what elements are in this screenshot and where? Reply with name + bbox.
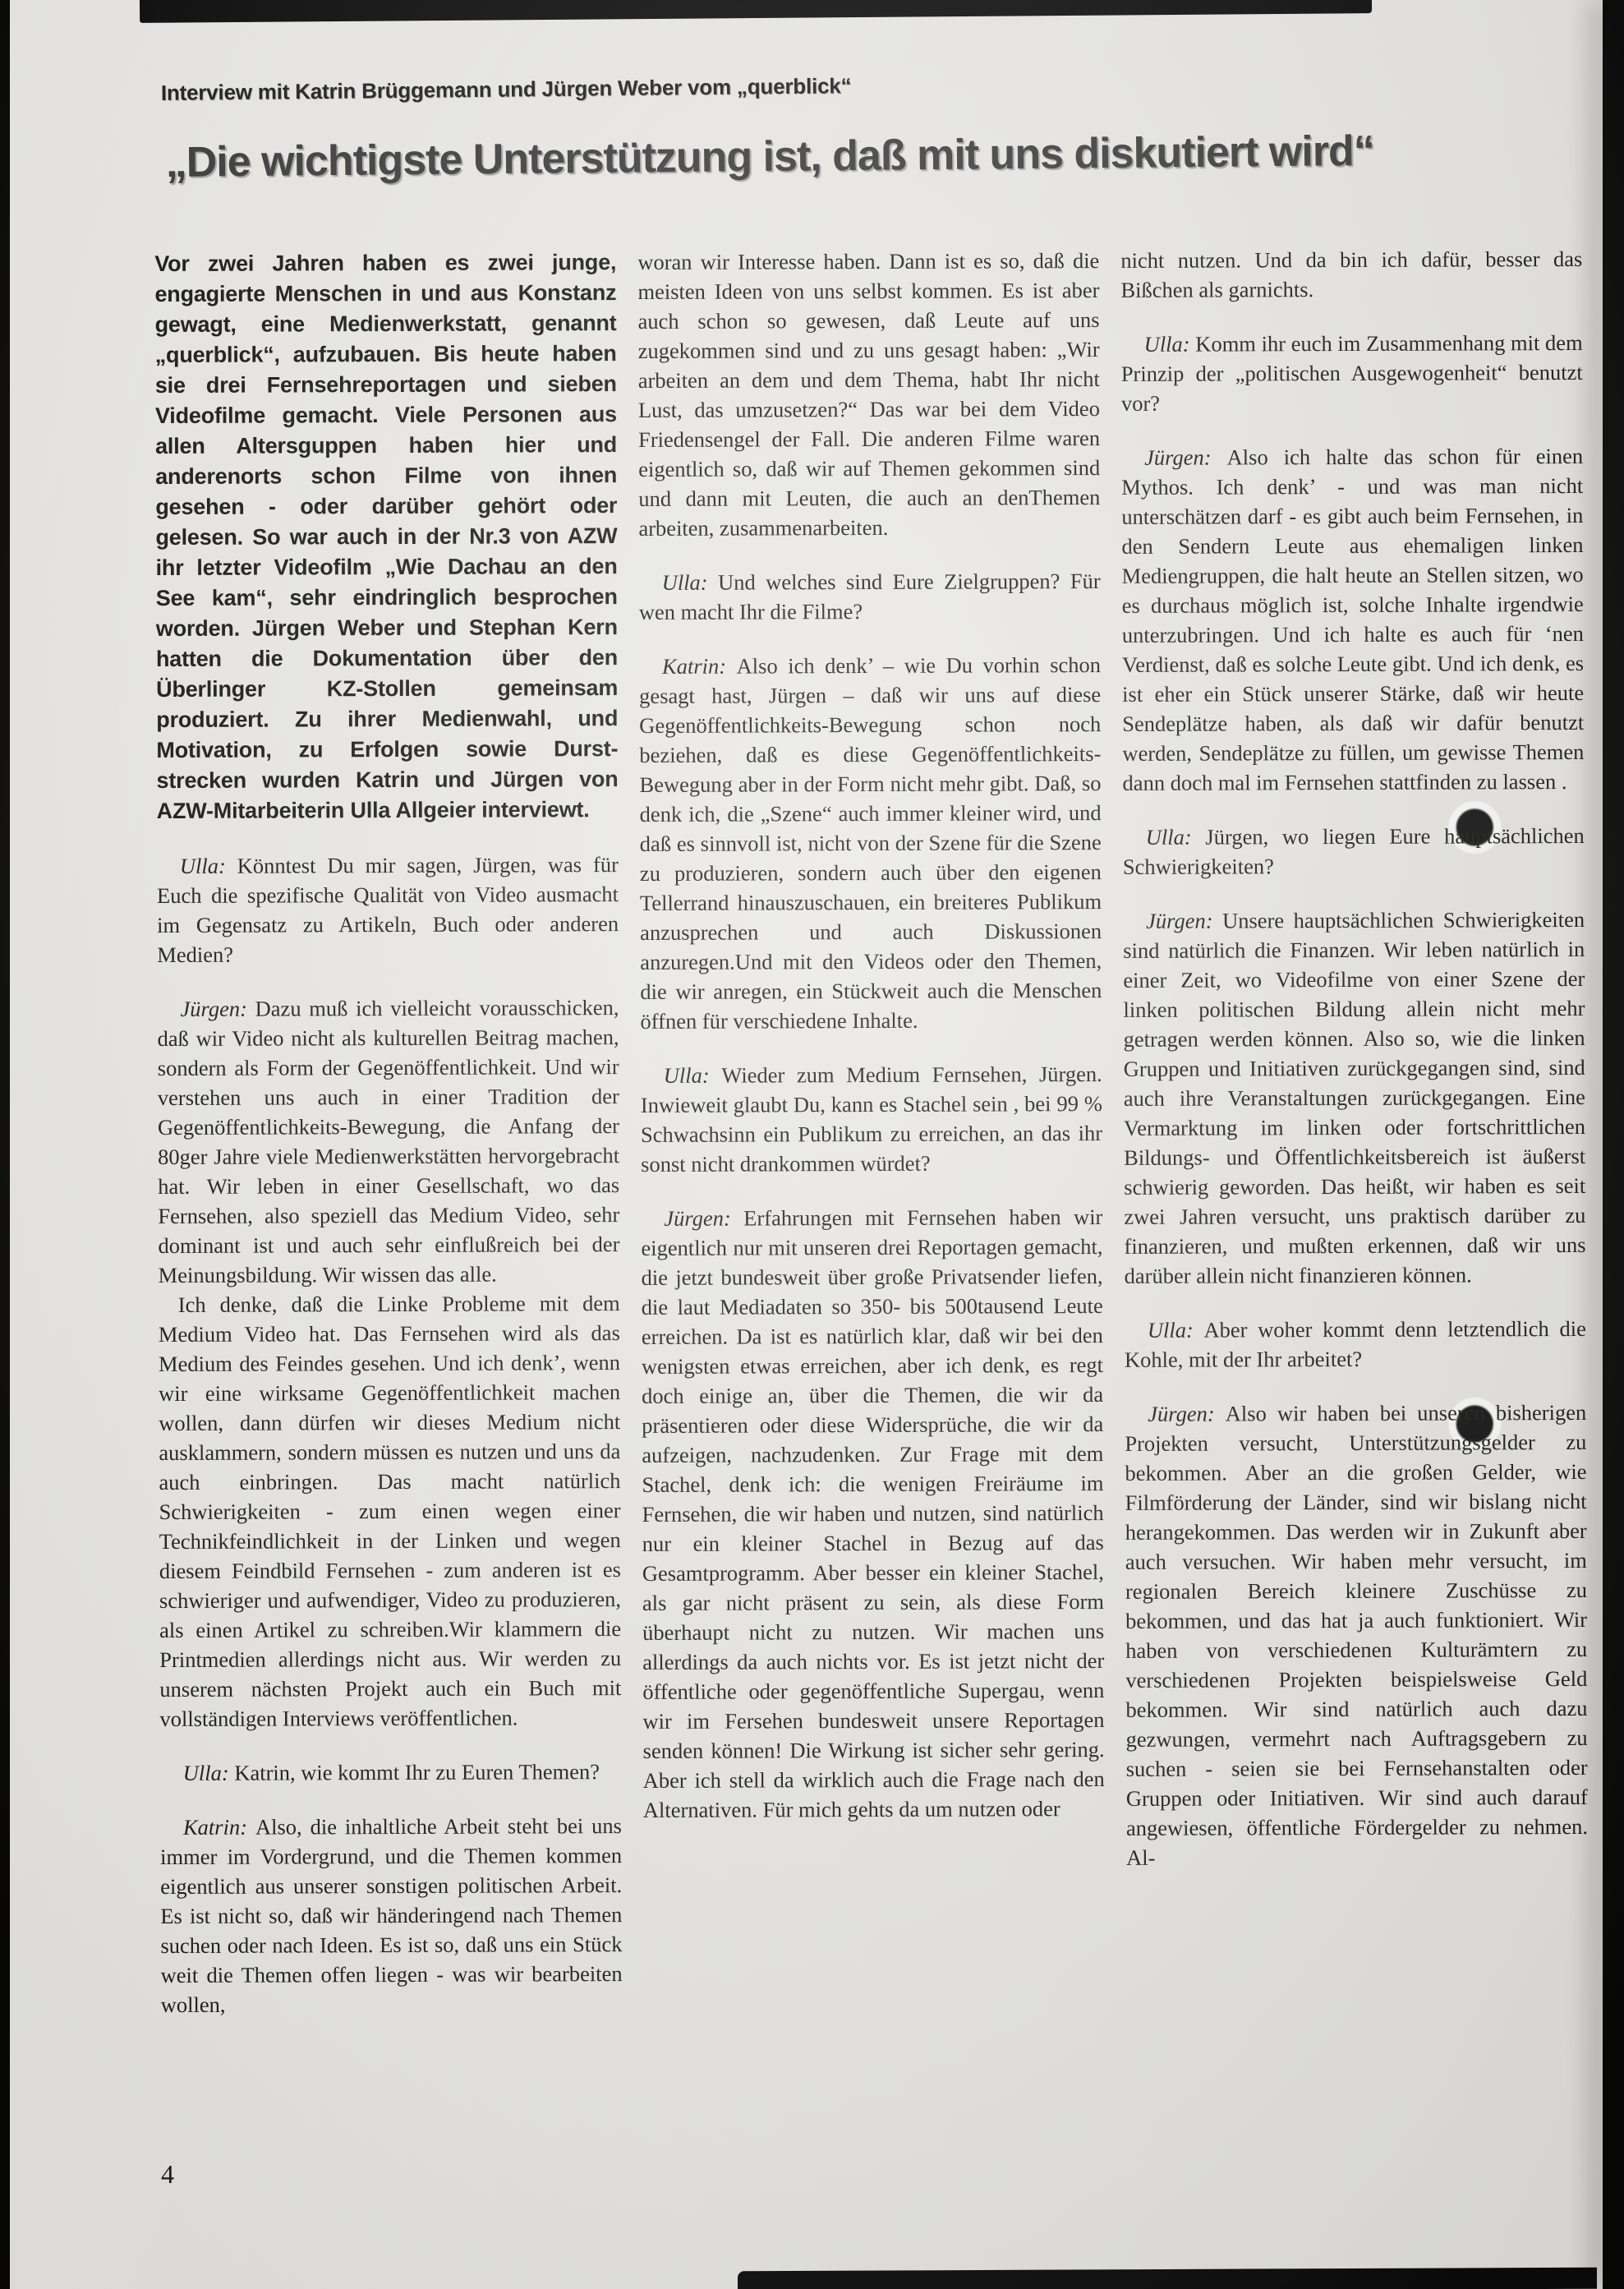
text-column-3: nicht nutzen. Und da bin ich dafür, bess…	[1120, 244, 1589, 2016]
scan-edge-right	[1603, 0, 1624, 2289]
speaker-name: Ulla:	[1144, 332, 1196, 357]
paragraph-qa: Jürgen: Also ich halte das schon für ein…	[1121, 441, 1585, 798]
paragraph-qa: Ulla: Katrin, wie kommt Ihr zu Euren The…	[160, 1757, 622, 1788]
paragraph-qa: Jürgen: Dazu muß ich vielleicht voraussc…	[157, 993, 619, 1290]
paragraph-qa: Ulla: Wieder zum Medium Fernsehen, Jürge…	[641, 1059, 1102, 1179]
paragraph-qa: Jürgen: Also wir haben bei unseren bishe…	[1125, 1398, 1588, 1872]
scan-band-bottom	[738, 2268, 1597, 2289]
paragraph-qa: Katrin: Also, die inhaltliche Arbeit ste…	[160, 1811, 623, 2020]
speaker-name: Jürgen:	[1144, 444, 1227, 469]
paragraph-cont: nicht nutzen. Und da bin ich dafür, bess…	[1120, 244, 1582, 305]
speaker-name: Ulla:	[180, 854, 237, 878]
speaker-name: Jürgen:	[1146, 909, 1222, 933]
speaker-name: Ulla:	[664, 1063, 722, 1088]
paragraph-lead: Vor zwei Jahren haben es zwei junge, eng…	[154, 247, 618, 827]
scanned-magazine-page: Interview mit Katrin Brüggemann und Jürg…	[0, 0, 1624, 2289]
speaker-name: Ulla:	[662, 570, 719, 595]
paragraph-qa: Katrin: Also ich denk’ – wie Du vorhin s…	[639, 650, 1102, 1036]
paragraph-qa: Jürgen: Erfahrungen mit Fernsehen haben …	[641, 1202, 1105, 1825]
speaker-name: Katrin:	[183, 1815, 255, 1840]
paragraph-qa: Ulla: Jürgen, wo liegen Eure hauptsächli…	[1123, 821, 1585, 882]
text-column-2: woran wir Interesse haben. Dann ist es s…	[637, 246, 1106, 2018]
paragraph-cont: woran wir Interesse haben. Dann ist es s…	[637, 246, 1100, 543]
text-column-1: Vor zwei Jahren haben es zwei junge, eng…	[154, 247, 623, 2020]
speaker-name: Ulla:	[183, 1761, 235, 1785]
page-number: 4	[161, 2159, 174, 2190]
article-headline: „Die wichtigste Unterstützung ist, daß m…	[165, 128, 1374, 187]
paragraph-qa: Ulla: Könntest Du mir sagen, Jürgen, was…	[157, 850, 619, 969]
speaker-name: Jürgen:	[1148, 1401, 1226, 1425]
speaker-name: Jürgen:	[180, 997, 255, 1021]
speaker-name: Ulla:	[1146, 825, 1206, 850]
speaker-name: Jürgen:	[664, 1206, 743, 1231]
speaker-name: Katrin:	[662, 654, 737, 679]
scan-edge-left	[0, 0, 10, 2289]
article-kicker: Interview mit Katrin Brüggemann und Jürg…	[161, 75, 852, 104]
paragraph-qa: Ulla: Komm ihr euch im Zusammenhang mit …	[1121, 328, 1583, 418]
paragraph-qa: Ulla: Aber woher kommt denn letztendlich…	[1125, 1314, 1586, 1375]
scan-band-top	[140, 0, 1372, 23]
paragraph-qa: Jürgen: Unsere hauptsächlichen Schwierig…	[1123, 905, 1586, 1291]
paragraph-qa: Ulla: Und welches sind Eure Zielgruppen?…	[639, 566, 1101, 627]
speaker-name: Ulla:	[1148, 1318, 1204, 1343]
paragraph-inner: Ich denke, daß die Linke Probleme mit de…	[159, 1288, 622, 1734]
article-columns: Vor zwei Jahren haben es zwei junge, eng…	[154, 244, 1589, 2020]
